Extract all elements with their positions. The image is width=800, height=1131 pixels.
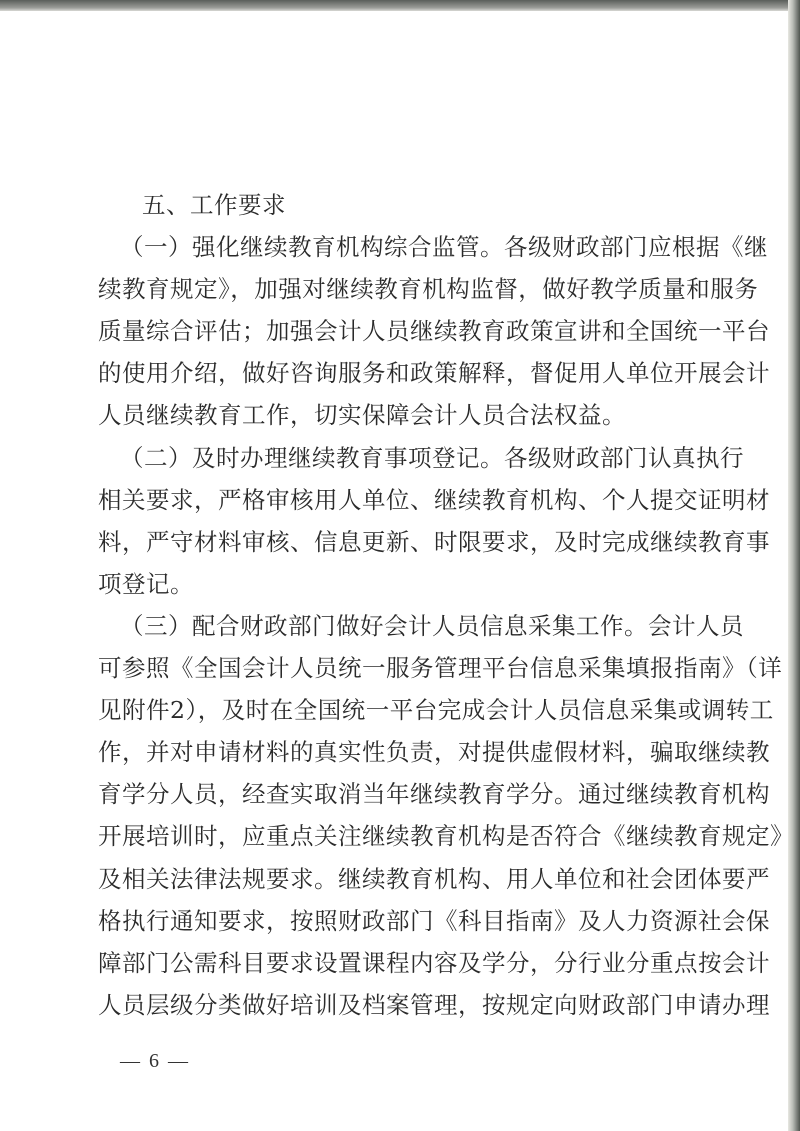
paragraph-line: 可参照《全国会计人员统一服务管理平台信息采集填报指南》（详 bbox=[98, 647, 702, 689]
paragraph-line: 育学分人员，经查实取消当年继续教育学分。通过继续教育机构 bbox=[98, 773, 702, 815]
paragraph-line: 及相关法律法规要求。继续教育机构、用人单位和社会团体要严 bbox=[98, 858, 702, 900]
paragraph-line: 料，严守材料审核、信息更新、时限要求，及时完成继续教育事 bbox=[98, 521, 702, 563]
section-heading: 五、工作要求 bbox=[98, 184, 702, 226]
scan-border-right bbox=[788, 0, 800, 1131]
paragraph-line: 项登记。 bbox=[98, 563, 702, 605]
paragraph-line: 的使用介绍，做好咨询服务和政策解释，督促用人单位开展会计 bbox=[98, 352, 702, 394]
paragraph-line: （三）配合财政部门做好会计人员信息采集工作。会计人员 bbox=[98, 605, 702, 647]
scan-border-top bbox=[0, 0, 800, 11]
document-page: 五、工作要求 （一）强化继续教育机构综合监管。各级财政部门应根据《继 续教育规定… bbox=[98, 184, 702, 1026]
paragraph-2: （二）及时办理继续教育事项登记。各级财政部门认真执行 相关要求，严格审核用人单位… bbox=[98, 437, 702, 605]
paragraph-line: 作，并对申请材料的真实性负责，对提供虚假材料，骗取继续教 bbox=[98, 731, 702, 773]
paragraph-line: 人员继续教育工作，切实保障会计人员合法权益。 bbox=[98, 394, 702, 436]
paragraph-1: （一）强化继续教育机构综合监管。各级财政部门应根据《继 续教育规定》，加强对继续… bbox=[98, 226, 702, 436]
paragraph-line: （二）及时办理继续教育事项登记。各级财政部门认真执行 bbox=[98, 437, 702, 479]
paragraph-3: （三）配合财政部门做好会计人员信息采集工作。会计人员 可参照《全国会计人员统一服… bbox=[98, 605, 702, 1026]
paragraph-line: 质量综合评估；加强会计人员继续教育政策宣讲和全国统一平台 bbox=[98, 310, 702, 352]
paragraph-line: 障部门公需科目要求设置课程内容及学分，分行业分重点按会计 bbox=[98, 942, 702, 984]
paragraph-line: 格执行通知要求，按照财政部门《科目指南》及人力资源社会保 bbox=[98, 900, 702, 942]
paragraph-line: 相关要求，严格审核用人单位、继续教育机构、个人提交证明材 bbox=[98, 479, 702, 521]
paragraph-line: 见附件2），及时在全国统一平台完成会计人员信息采集或调转工 bbox=[98, 689, 702, 731]
paragraph-line: （一）强化继续教育机构综合监管。各级财政部门应根据《继 bbox=[98, 226, 702, 268]
paragraph-line: 开展培训时，应重点关注继续教育机构是否符合《继续教育规定》 bbox=[98, 815, 702, 857]
page-number: — 6 — bbox=[120, 1050, 190, 1073]
paragraph-line: 续教育规定》，加强对继续教育机构监督，做好教学质量和服务 bbox=[98, 268, 702, 310]
paragraph-line: 人员层级分类做好培训及档案管理，按规定向财政部门申请办理 bbox=[98, 984, 702, 1026]
